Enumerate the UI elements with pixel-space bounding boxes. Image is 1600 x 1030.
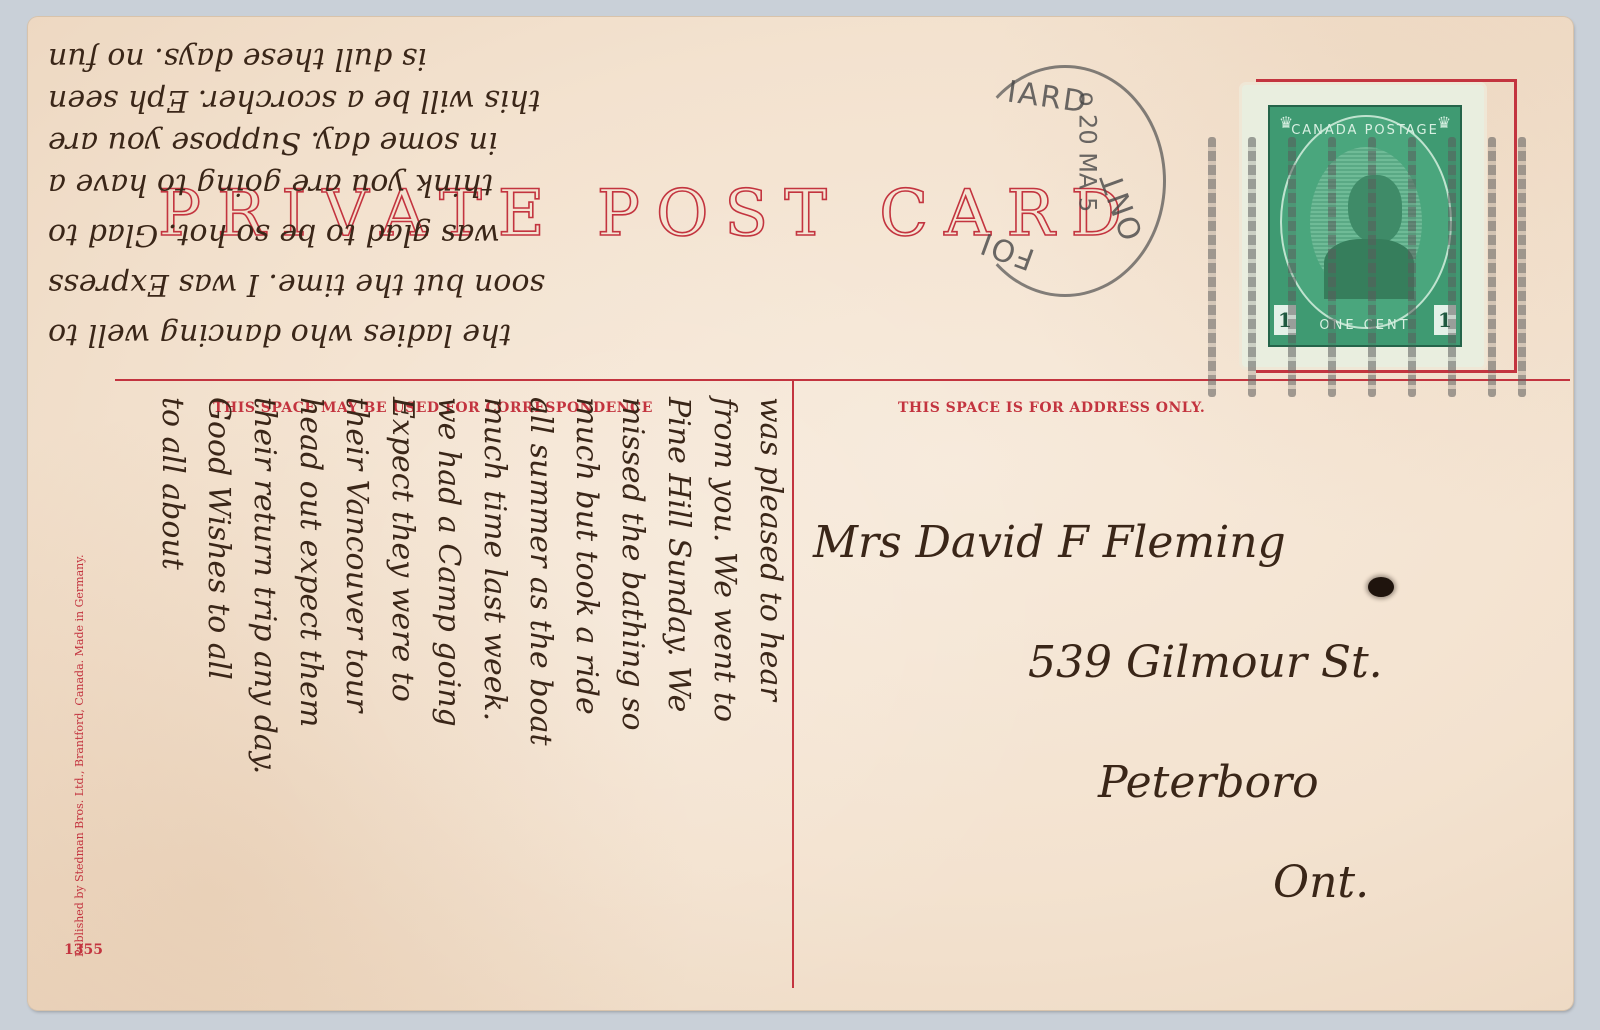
postmark: IARD o 20 MA 5 ONT FOI — [964, 65, 1166, 297]
message-line: much time last week. — [477, 397, 512, 721]
ink-blot — [1368, 577, 1394, 597]
message-line: this will be a scorcher. Eph seen — [48, 83, 541, 118]
crown-icon: ♛ — [1432, 113, 1456, 131]
message-line: missed the bathing so — [615, 397, 650, 731]
message-line: Good Wishes to all — [201, 397, 236, 680]
vertical-divider — [792, 380, 794, 988]
address-street: 539 Gilmour St. — [1028, 637, 1383, 688]
message-line: is dull these days. no fun — [48, 41, 427, 76]
postcard: PRIVATE POST CARD THIS SPACE MAY BE USED… — [28, 17, 1573, 1010]
postmark-province: ONT — [1094, 166, 1151, 244]
message-line: their Vancouver tour — [339, 397, 374, 712]
postmark-prefix: FOI — [975, 225, 1039, 277]
message-line: Pine Hill Sunday. We — [661, 397, 696, 712]
message-line: the ladies who dancing well to — [48, 317, 511, 352]
message-line: was glad to be so hot. Glad to — [48, 217, 500, 252]
message-line: all summer as the boat — [523, 397, 558, 746]
message-line: head out expect them — [293, 397, 328, 727]
address-city: Peterboro — [1098, 757, 1319, 808]
address-province: Ont. — [1273, 857, 1369, 908]
message-line: much but took a ride — [569, 397, 604, 715]
message-line: we had a Camp going — [431, 397, 466, 727]
address-name: Mrs David F Fleming — [813, 517, 1286, 568]
message-line: soon but the time. I was Express — [48, 267, 545, 302]
message-line: to all about — [155, 397, 190, 570]
message-line: from you. We went to — [707, 397, 742, 722]
message-line: think you are going to have a — [48, 167, 493, 202]
cancellation-bars — [1208, 137, 1528, 417]
message-line: their return trip any day. — [247, 397, 282, 774]
message-line: in some day. Suppose you are — [48, 125, 498, 160]
message-line: Expect they were to — [385, 397, 420, 702]
card-number: 1355 — [64, 942, 103, 958]
postmark-date: o 20 MA 5 — [1073, 92, 1101, 213]
crown-icon: ♛ — [1274, 113, 1298, 131]
message-line: was pleased to hear — [753, 397, 788, 701]
